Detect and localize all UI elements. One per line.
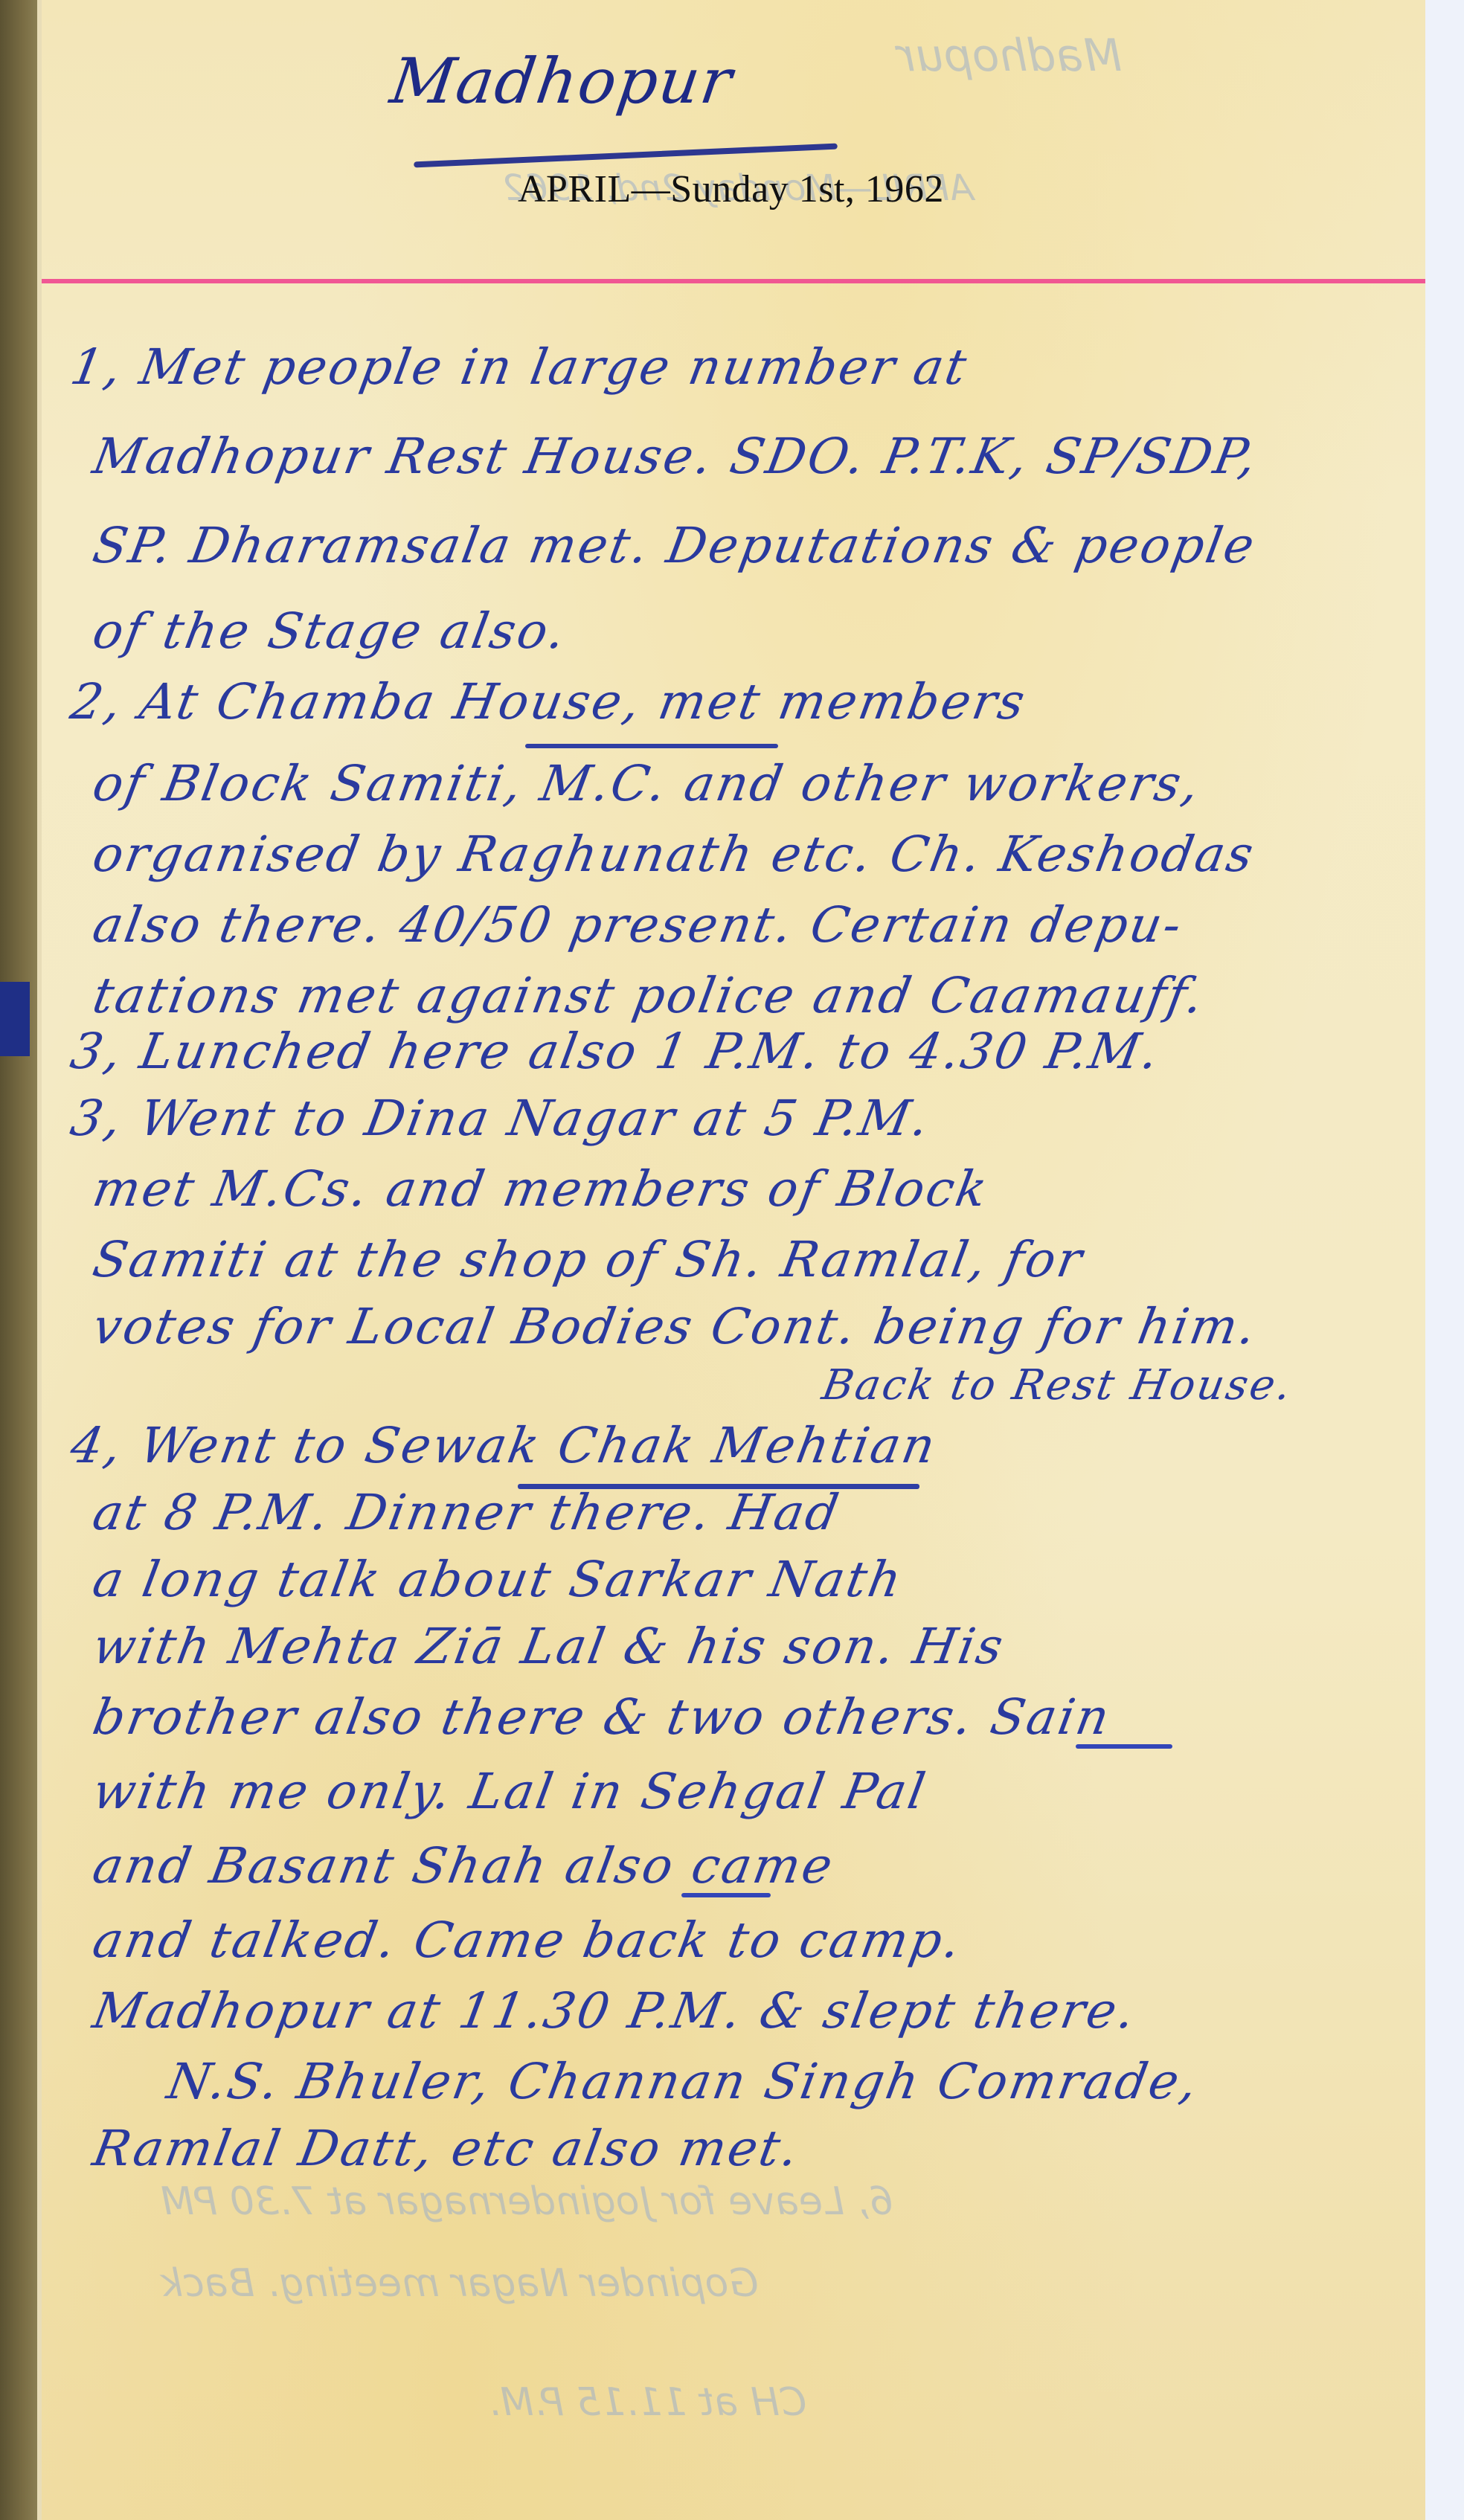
place-heading: Madhopur (386, 45, 737, 118)
entry-line: with me only. Lal in Sehgal Pal (89, 1763, 931, 1820)
entry-line: and Basant Shah also came (89, 1837, 838, 1894)
bleed-through-line: 6, Leave for Jogindernagar at 7.30 PM (161, 2179, 893, 2224)
entry-line: tations met against police and Caamauff. (89, 967, 1210, 1024)
entry-line: Madhopur at 11.30 P.M. & slept there. (89, 1982, 1141, 2040)
entry-line: 4, Went to Sewak Chak Mehtian (66, 1417, 941, 1474)
bleed-through-line: Gopinder Nagar meeting. Back (161, 2261, 759, 2306)
entry-line: brother also there & two others. Sain (89, 1688, 1115, 1746)
binding-cloth (0, 982, 30, 1056)
entry-line: N.S. Bhuler, Channan Singh Comrade, (163, 2053, 1204, 2110)
entry-margin-note: Back to Rest House. (818, 1361, 1297, 1410)
underline-shah (681, 1893, 771, 1897)
place-underline (414, 144, 838, 168)
entry-line: 3, Went to Dina Nagar at 5 P.M. (66, 1090, 935, 1147)
entry-line: votes for Local Bodies Cont. being for h… (89, 1298, 1262, 1355)
entry-line: Madhopur Rest House. SDO. P.T.K, SP/SDP, (89, 428, 1262, 485)
entry-line: and talked. Came back to camp. (89, 1912, 966, 1969)
entry-line: at 8 P.M. Dinner there. Had (89, 1484, 844, 1541)
pink-rule (42, 279, 1425, 283)
entry-line: a long talk about Sarkar Nath (89, 1551, 908, 1608)
underline-sehgal (1076, 1744, 1172, 1749)
entry-line: Samiti at the shop of Sh. Ramlal, for (89, 1231, 1088, 1288)
entry-line: 1, Met people in large number at (66, 338, 972, 396)
entry-line: Ramlal Datt, etc also met. (89, 2120, 804, 2177)
entry-line: of Block Samiti, M.C. and other workers, (89, 755, 1205, 812)
entry-line: 2, At Chamba House, met members (66, 673, 1031, 730)
bleed-through-heading: Madhopur (897, 30, 1122, 82)
diary-page: Madhopur APRIL—Monday 2nd, 1962 6, Leave… (37, 0, 1425, 2520)
entry-line: organised by Raghunath etc. Ch. Keshodas (89, 826, 1259, 883)
entry-line: of the Stage also. (89, 602, 571, 660)
entry-line: met M.Cs. and members of Block (89, 1160, 993, 1218)
entry-line: 3, Lunched here also 1 P.M. to 4.30 P.M. (66, 1023, 1165, 1080)
entry-line: with Mehta Ziā Lal & his son. His (89, 1618, 1009, 1675)
underline-sewak-chak (518, 1484, 919, 1489)
bleed-through-line: CH at 11.15 P.M. (488, 2380, 806, 2425)
entry-line: SP. Dharamsala met. Deputations & people (89, 517, 1260, 574)
printed-date-header: APRIL—Sunday 1st, 1962 (518, 167, 944, 211)
underline-chamba-house (525, 744, 778, 748)
scan-background (1421, 0, 1464, 2520)
entry-line: also there. 40/50 present. Certain depu- (89, 896, 1187, 954)
